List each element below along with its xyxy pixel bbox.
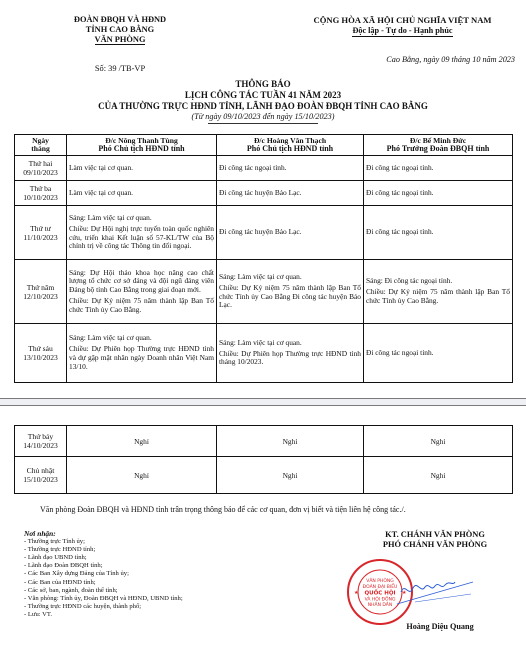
table-row: Thứ bảy14/10/2023 Nghỉ Nghỉ Nghỉ — [15, 426, 513, 457]
svg-text:VĂN PHÒNG: VĂN PHÒNG — [366, 577, 394, 584]
header-person-1: Đ/c Nông Thanh TùngPhó Chủ tịch HĐND tỉn… — [67, 135, 217, 156]
agency-line-1: ĐOÀN ĐBQH VÀ HĐND — [40, 15, 200, 25]
signature-line-1: KT. CHÁNH VĂN PHÒNG — [360, 530, 510, 540]
schedule-cell: Làm việc tại cơ quan. — [67, 156, 217, 181]
issuing-agency: ĐOÀN ĐBQH VÀ HĐND TỈNH CAO BẰNG VĂN PHÒN… — [40, 15, 200, 45]
agency-line-2: TỈNH CAO BẰNG — [40, 25, 200, 35]
schedule-cell: Nghỉ — [67, 457, 217, 494]
recipients-list: Nơi nhận: - Thường trực Tỉnh ủy; - Thườn… — [24, 530, 184, 619]
day-cell: Chủ nhật15/10/2023 — [15, 457, 67, 494]
schedule-cell: Nghỉ — [217, 426, 364, 457]
schedule-cell: Đi công tác huyện Bảo Lạc. — [217, 206, 364, 260]
recipients-title: Nơi nhận: — [24, 530, 184, 538]
svg-text:★: ★ — [354, 590, 359, 596]
recipient-item: - Các sở, ban, ngành, đoàn thể tỉnh; — [24, 587, 184, 595]
national-motto: Độc lập - Tự do - Hạnh phúc — [352, 26, 452, 37]
svg-text:QUỐC HỘI: QUỐC HỘI — [364, 589, 395, 597]
schedule-table: Ngàytháng Đ/c Nông Thanh TùngPhó Chủ tịc… — [14, 134, 513, 383]
schedule-cell: Sáng: Dự Hội thảo khoa học nâng cao chất… — [67, 260, 217, 324]
table-row: Chủ nhật15/10/2023 Nghỉ Nghỉ Nghỉ — [15, 457, 513, 494]
date-range: (Từ ngày 09/10/2023 đến ngày 15/10/2023) — [40, 112, 486, 121]
header-person-3: Đ/c Bế Minh ĐứcPhó Trưởng Đoàn ĐBQH tỉnh — [364, 135, 513, 156]
document-title: LỊCH CÔNG TÁC TUẦN 41 NĂM 2023 — [40, 90, 486, 101]
schedule-cell: Sáng: Làm việc tại cơ quan.Chiều: Dự Hội… — [67, 206, 217, 260]
document-subtitle: CỦA THƯỜNG TRỰC HĐND TỈNH, LÃNH ĐẠO ĐOÀN… — [40, 101, 486, 112]
day-cell: Thứ hai09/10/2023 — [15, 156, 67, 181]
document-titles: THÔNG BÁO LỊCH CÔNG TÁC TUẦN 41 NĂM 2023… — [40, 79, 486, 124]
schedule-cell: Sáng: Làm việc tại cơ quan.Chiều: Dự Phi… — [67, 324, 217, 383]
country-name: CỘNG HÒA XÃ HỘI CHỦ NGHĨA VIỆT NAM — [290, 15, 515, 25]
signature-title: KT. CHÁNH VĂN PHÒNG PHÓ CHÁNH VĂN PHÒNG — [360, 530, 510, 550]
schedule-cell: Đi công tác ngoại tỉnh. — [364, 181, 513, 206]
table-header-row: Ngàytháng Đ/c Nông Thanh TùngPhó Chủ tịc… — [15, 135, 513, 156]
day-cell: Thứ tư11/10/2023 — [15, 206, 67, 260]
schedule-cell: Nghỉ — [67, 426, 217, 457]
schedule-cell: Làm việc tại cơ quan. — [67, 181, 217, 206]
signature-line-2: PHÓ CHÁNH VĂN PHÒNG — [360, 540, 510, 550]
table-row: Thứ tư11/10/2023 Sáng: Làm việc tại cơ q… — [15, 206, 513, 260]
recipient-item: - Lãnh đạo UBND tỉnh; — [24, 554, 184, 562]
day-cell: Thứ năm12/10/2023 — [15, 260, 67, 324]
schedule-cell: Nghỉ — [364, 457, 513, 494]
header-date: Ngàytháng — [15, 135, 67, 156]
day-cell: Thứ sáu13/10/2023 — [15, 324, 67, 383]
recipient-item: - Thường trực Tỉnh ủy; — [24, 538, 184, 546]
handwritten-signature-icon — [395, 572, 475, 607]
weekend-table: Thứ bảy14/10/2023 Nghỉ Nghỉ Nghỉ Chủ nhậ… — [14, 425, 513, 494]
schedule-cell: Đi công tác ngoại tỉnh. — [364, 156, 513, 181]
day-cell: Thứ bảy14/10/2023 — [15, 426, 67, 457]
table-row: Thứ năm12/10/2023 Sáng: Dự Hội thảo khoa… — [15, 260, 513, 324]
document-number: Số: 39 /TB-VP — [40, 64, 200, 73]
header-person-2: Đ/c Hoàng Văn ThạchPhó Chủ tịch HĐND tỉn… — [217, 135, 364, 156]
schedule-cell: Sáng: Làm việc tại cơ quan.Chiều: Dự Kỷ … — [217, 260, 364, 324]
closing-statement: Văn phòng Đoàn ĐBQH và HĐND tỉnh trân tr… — [40, 505, 510, 514]
page-break-divider — [0, 398, 526, 406]
signer-name: Hoàng Diệu Quang — [380, 622, 500, 631]
svg-text:NHÂN DÂN: NHÂN DÂN — [368, 601, 392, 608]
schedule-cell: Sáng: Làm việc tại cơ quan.Chiều: Dự Phi… — [217, 324, 364, 383]
schedule-cell: Nghỉ — [217, 457, 364, 494]
national-header: CỘNG HÒA XÃ HỘI CHỦ NGHĨA VIỆT NAM Độc l… — [290, 15, 515, 37]
recipient-item: - Lãnh đạo Đoàn ĐBQH tỉnh; — [24, 562, 184, 570]
schedule-cell: Sáng: Đi công tác ngoại tỉnh.Chiều: Dự K… — [364, 260, 513, 324]
agency-line-3: VĂN PHÒNG — [40, 35, 200, 45]
schedule-cell: Đi công tác huyện Bảo Lạc. — [217, 181, 364, 206]
document-type: THÔNG BÁO — [40, 79, 486, 90]
table-row: Thứ ba10/10/2023 Làm việc tại cơ quan. Đ… — [15, 181, 513, 206]
title-rule — [208, 123, 318, 124]
place-date: Cao Bằng, ngày 09 tháng 10 năm 2023 — [300, 55, 515, 64]
recipient-item: - Thường trực HĐND tỉnh; — [24, 546, 184, 554]
recipient-item: - Thường trực HĐND các huyện, thành phố; — [24, 603, 184, 611]
schedule-cell: Đi công tác ngoại tỉnh. — [217, 156, 364, 181]
day-cell: Thứ ba10/10/2023 — [15, 181, 67, 206]
schedule-cell: Đi công tác ngoại tỉnh. — [364, 206, 513, 260]
recipient-item: - Các Ban Xây dựng Đảng của Tỉnh ủy; — [24, 570, 184, 578]
recipient-item: - Văn phòng: Tỉnh ủy, Đoàn ĐBQH và HĐND,… — [24, 595, 184, 603]
recipient-item: - Lưu: VT. — [24, 611, 184, 619]
recipient-item: - Các Ban của HĐND tỉnh; — [24, 579, 184, 587]
table-row: Thứ hai09/10/2023 Làm việc tại cơ quan. … — [15, 156, 513, 181]
schedule-cell: Nghỉ — [364, 426, 513, 457]
schedule-cell: Đi công tác ngoại tỉnh. — [364, 324, 513, 383]
table-row: Thứ sáu13/10/2023 Sáng: Làm việc tại cơ … — [15, 324, 513, 383]
